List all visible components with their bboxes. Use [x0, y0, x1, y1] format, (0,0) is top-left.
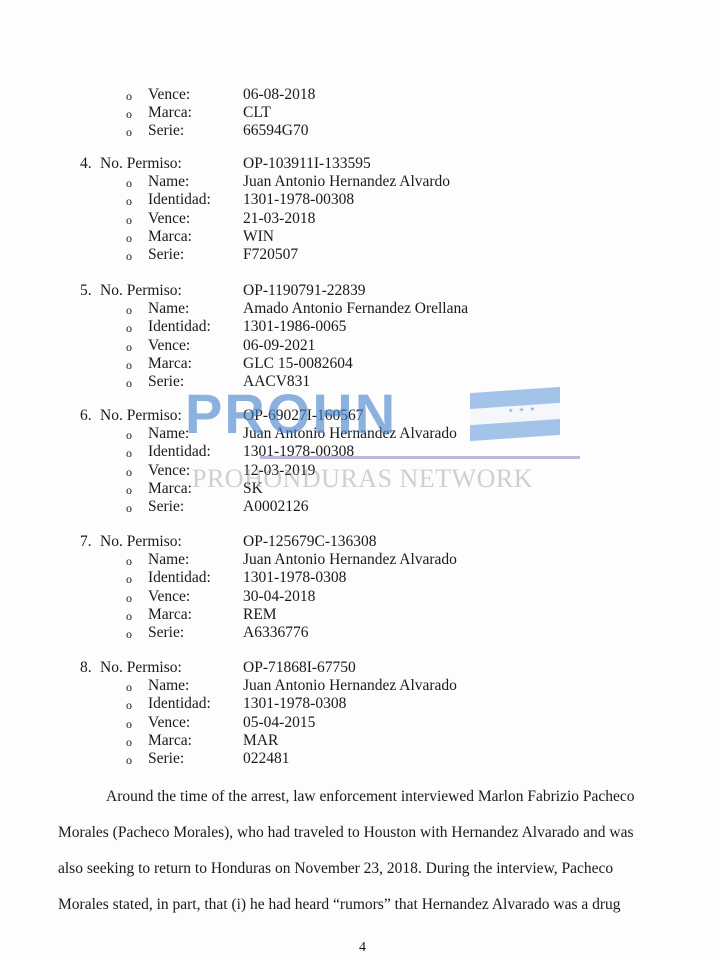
honduras-flag-icon: ★ ★ ★: [470, 387, 560, 441]
field-value: 12-03-2019: [243, 462, 315, 480]
permit-value: OP-1190791-22839: [243, 282, 366, 300]
field-value: MAR: [243, 732, 278, 750]
field-label: Vence:: [148, 462, 190, 480]
field-label: Serie:: [148, 750, 184, 768]
field-value: A6336776: [243, 624, 308, 642]
field-label: Marca:: [148, 732, 192, 750]
field-label: Vence:: [148, 714, 190, 732]
permit-value: OP-71868I-67750: [243, 659, 356, 677]
field-value: CLT: [243, 104, 271, 122]
field-value: 1301-1986-0065: [243, 318, 346, 336]
field-value: Juan Antonio Hernandez Alvarado: [243, 551, 457, 569]
bullet-icon: o: [126, 751, 132, 769]
field-label: Identidad:: [148, 443, 211, 461]
bullet-icon: o: [126, 552, 132, 570]
field-value: 05-04-2015: [243, 714, 315, 732]
bullet-icon: o: [126, 247, 132, 265]
field-label: Serie:: [148, 373, 184, 391]
field-value: AACV831: [243, 373, 310, 391]
permit-value: OP-125679C-136308: [243, 533, 376, 551]
paragraph-line: Morales stated, in part, that (i) he had…: [58, 887, 678, 923]
field-value: 1301-1978-0308: [243, 695, 346, 713]
field-label: Identidad:: [148, 695, 211, 713]
field-value: 21-03-2018: [243, 210, 315, 228]
field-label: Identidad:: [148, 191, 211, 209]
bullet-icon: o: [126, 715, 132, 733]
field-label: Serie:: [148, 122, 184, 140]
bullet-icon: o: [126, 426, 132, 444]
field-value: 66594G70: [243, 122, 308, 140]
field-label: Name:: [148, 300, 189, 318]
field-value: 1301-1978-00308: [243, 191, 354, 209]
field-value: REM: [243, 606, 277, 624]
permit-value: OP-69027I-160567: [243, 407, 364, 425]
bullet-icon: o: [126, 174, 132, 192]
field-value: 1301-1978-00308: [243, 443, 354, 461]
field-label: Marca:: [148, 606, 192, 624]
field-label: Marca:: [148, 355, 192, 373]
bullet-icon: o: [126, 499, 132, 517]
permit-value: OP-103911I-133595: [243, 155, 371, 173]
bullet-icon: o: [126, 229, 132, 247]
bullet-icon: o: [126, 463, 132, 481]
field-value: F720507: [243, 246, 298, 264]
bullet-icon: o: [126, 481, 132, 499]
field-label: Vence:: [148, 588, 190, 606]
bullet-icon: o: [126, 356, 132, 374]
permit-number: 8.: [80, 659, 92, 677]
field-value: Amado Antonio Fernandez Orellana: [243, 300, 468, 318]
bullet-icon: o: [126, 570, 132, 588]
field-label: Serie:: [148, 498, 184, 516]
bullet-icon: o: [126, 374, 132, 392]
bullet-icon: o: [126, 211, 132, 229]
field-label: Serie:: [148, 624, 184, 642]
field-value: Juan Antonio Hernandez Alvarado: [243, 677, 457, 695]
bullet-icon: o: [126, 319, 132, 337]
field-value: SK: [243, 480, 263, 498]
bullet-icon: o: [126, 87, 132, 105]
bullet-icon: o: [126, 625, 132, 643]
permit-label: No. Permiso:: [100, 407, 182, 425]
bullet-icon: o: [126, 696, 132, 714]
bullet-icon: o: [126, 444, 132, 462]
bullet-icon: o: [126, 338, 132, 356]
field-value: A0002126: [243, 498, 308, 516]
bullet-icon: o: [126, 192, 132, 210]
bullet-icon: o: [126, 123, 132, 141]
field-label: Vence:: [148, 337, 190, 355]
flag-stars: ★ ★ ★: [508, 405, 537, 414]
page-number: 4: [359, 940, 366, 956]
field-label: Vence:: [148, 86, 190, 104]
bullet-icon: o: [126, 678, 132, 696]
bullet-icon: o: [126, 589, 132, 607]
permit-number: 6.: [80, 407, 92, 425]
field-label: Name:: [148, 677, 189, 695]
bullet-icon: o: [126, 105, 132, 123]
permit-label: No. Permiso:: [100, 282, 182, 300]
field-label: Name:: [148, 173, 189, 191]
paragraph-line: also seeking to return to Honduras on No…: [58, 851, 678, 887]
field-label: Identidad:: [148, 569, 211, 587]
field-label: Marca:: [148, 480, 192, 498]
body-paragraph: Around the time of the arrest, law enfor…: [58, 779, 678, 923]
field-value: 06-09-2021: [243, 337, 315, 355]
document-page: oVence:06-08-2018oMarca:CLToSerie:66594G…: [0, 0, 720, 960]
field-value: Juan Antonio Hernandez Alvardo: [243, 173, 450, 191]
field-label: Marca:: [148, 228, 192, 246]
field-value: Juan Antonio Hernandez Alvarado: [243, 425, 457, 443]
field-label: Marca:: [148, 104, 192, 122]
permit-label: No. Permiso:: [100, 155, 182, 173]
field-label: Identidad:: [148, 318, 211, 336]
permit-number: 4.: [80, 155, 92, 173]
permit-label: No. Permiso:: [100, 659, 182, 677]
bullet-icon: o: [126, 733, 132, 751]
field-value: GLC 15-0082604: [243, 355, 353, 373]
bullet-icon: o: [126, 301, 132, 319]
field-label: Name:: [148, 551, 189, 569]
paragraph-line: Morales (Pacheco Morales), who had trave…: [58, 815, 678, 851]
paragraph-line: Around the time of the arrest, law enfor…: [58, 779, 678, 815]
field-label: Vence:: [148, 210, 190, 228]
field-value: WIN: [243, 228, 274, 246]
bullet-icon: o: [126, 607, 132, 625]
field-value: 06-08-2018: [243, 86, 315, 104]
permit-number: 5.: [80, 282, 92, 300]
field-value: 1301-1978-0308: [243, 569, 346, 587]
field-value: 30-04-2018: [243, 588, 315, 606]
field-label: Name:: [148, 425, 189, 443]
field-label: Serie:: [148, 246, 184, 264]
permit-label: No. Permiso:: [100, 533, 182, 551]
permit-number: 7.: [80, 533, 92, 551]
field-value: 022481: [243, 750, 290, 768]
